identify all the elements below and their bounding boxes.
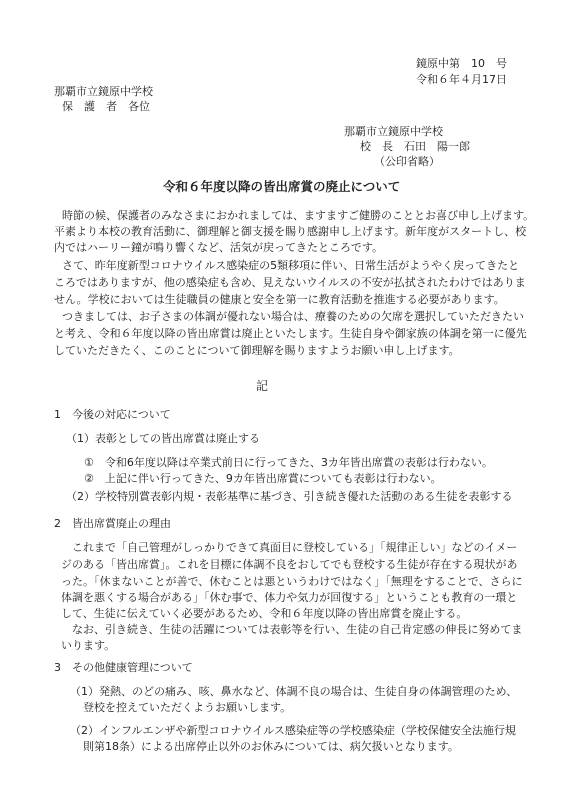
intro-line-5: ころではありますが、他の感染症も含め、見えないウイルスの不安が払拭されたわけでは… [54,276,513,290]
section-3-item-2-line-1: （2）インフルエンザや新型コロナウイルス感染症等の学校感染症（学校保健安全法施行… [70,724,516,738]
intro-line-4: さて、昨年度新型コロナウイルス感染症の5類移項に伴い、日常生活がようやく戻ってき… [62,259,513,273]
recipient: 保 護 者 各位 [62,100,150,114]
section-2-line-5: して、生徒に伝えていく必要があるため、令和６年度以降の皆出席賞を廃止する。 [61,607,467,621]
issue-date: 令和６年４月17日 [416,73,507,87]
section-2-line-4: 体調を悪くする場合がある」「休む事で、体力や気力が回復する」ということも教育の一… [61,591,510,605]
section-2-line-7: いります。 [61,639,115,653]
ki-marker: 記 [256,379,268,393]
section-2-heading: 2 皆出席賞廃止の理由 [54,517,171,531]
section-3-item-2-line-2: 則第18条）による出席停止以外のお休みについては、病欠扱いとなります。 [83,740,459,754]
section-3-item-1-line-1: （1）発熱、のどの痛み、咳、鼻水など、体調不良の場合は、生徒自身の体調管理のため… [70,685,517,699]
section-1-item-1: （1）表彰としての皆出席賞は廃止する [66,432,260,446]
section-3-item-1-line-2: 登校を控えていただくようお願いします。 [83,701,291,715]
section-2-line-3: った。「休まないことが善で、休むことは悪というわけではなく」「無理をすることで、… [61,575,510,589]
intro-line-8: と考え、令和６年度以降の皆出席賞は廃止といたします。生徒自身や御家族の体調を第一… [54,327,513,341]
sender-name: 校 長 石田 陽一郎 [360,140,470,154]
intro-line-9: していただきたく、このことについて御理解を賜りますようお願い申し上げます。 [54,344,460,358]
section-1-subitem-2: ② 上記に伴い行ってきた、9カ年皆出席賞についても表彰は行わない。 [84,472,442,486]
section-3-heading: 3 その他健康管理について [54,661,193,675]
intro-line-1: 時節の候、保護者のみなさまにおかれましては、ますますご健勝のこととお喜び申し上げ… [62,209,513,223]
intro-line-3: 内ではハーリー鐘が鳴り響くなど、活気が戻ってきたところです。 [54,241,383,255]
section-1-heading: 1 今後の対応について [54,408,171,422]
sender-school: 那覇市立鏡原中学校 [344,125,443,139]
intro-line-6: せん。学校においては生徒職員の健康と安全を第一に教育活動を推進する必要があります… [54,293,505,307]
section-1-item-2: （2）学校特別賞表彰内規・表彰基準に基づき、引き続き優れた活動のある生徒を表彰す… [66,490,513,504]
document-number: 鏡原中第 10 号 [416,57,507,71]
section-2-line-6: なお、引き続き、生徒の活躍については表彰等を行い、生徒の自己肯定感の伸長に努めて… [72,623,510,637]
section-1-subitem-1: ① 令和6年度以降は卒業式前日に行ってきた、3カ年皆出席賞の表彰は行わない。 [84,456,493,470]
intro-line-7: つきましては、お子さまの体調が優れない場合は、療養のための欠席を選択していただき… [62,310,513,324]
section-2-line-2: ジのある「皆出席賞」。これを目標に体調不良をおしてでも登校する生徒が存在する現状… [61,558,510,572]
document-title: 令和６年度以降の皆出席賞の廃止について [163,180,400,194]
section-2-line-1: これまで「自己管理がしっかりできて真面目に登校している」「規律正しい」などのイメ… [72,541,510,555]
recipient-school: 那覇市立鏡原中学校 [54,85,153,99]
seal-note: （公印省略） [374,155,440,169]
intro-line-2: 平素より本校の教育活動に、御理解と御支援を賜り感謝申し上げます。新年度がスタート… [54,225,513,239]
